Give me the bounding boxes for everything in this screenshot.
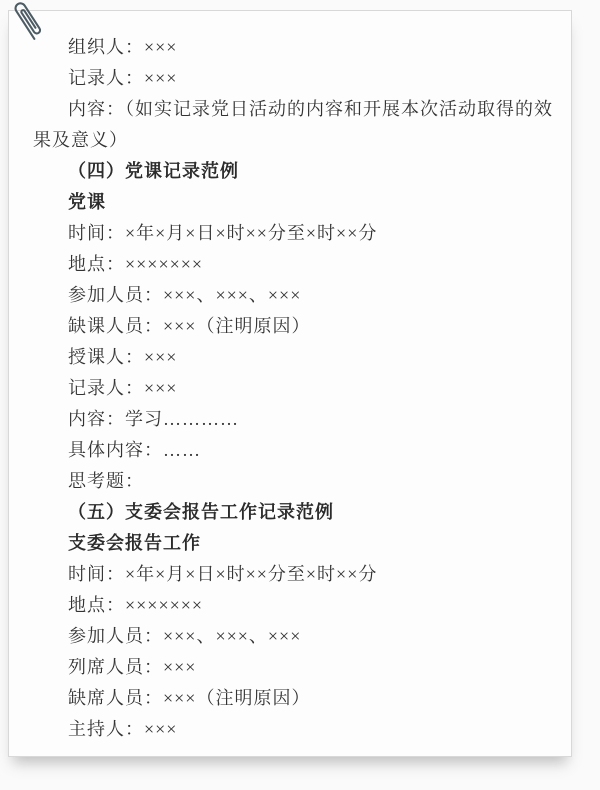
body-paragraph: 时间：×年×月×日×时××分至×时××分 [33, 559, 567, 590]
body-paragraph: 地点：××××××× [33, 249, 567, 280]
body-paragraph: 组织人：××× [33, 32, 567, 63]
body-paragraph: 参加人员：×××、×××、××× [33, 621, 567, 652]
body-paragraph: 列席人员：××× [33, 652, 567, 683]
photo-background: 组织人：×××记录人：×××内容：（如实记录党日活动的内容和开展本次活动取得的效… [0, 0, 600, 790]
body-paragraph: 具体内容：…… [33, 435, 567, 466]
screenshot-root: { "page": { "kind": "photographed-docume… [0, 0, 600, 790]
heading-paragraph: （四）党课记录范例 [33, 156, 567, 187]
document-page: 组织人：×××记录人：×××内容：（如实记录党日活动的内容和开展本次活动取得的效… [8, 10, 572, 757]
body-paragraph: 缺席人员：×××（注明原因） [33, 683, 567, 714]
body-paragraph: 内容：（如实记录党日活动的内容和开展本次活动取得的效果及意义） [33, 94, 567, 156]
heading-paragraph: （五）支委会报告工作记录范例 [33, 497, 567, 528]
body-paragraph: 记录人：××× [33, 373, 567, 404]
body-paragraph: 地点：××××××× [33, 590, 567, 621]
body-paragraph: 记录人：××× [33, 63, 567, 94]
body-paragraph: 主持人：××× [33, 714, 567, 745]
body-paragraph: 内容：学习………… [33, 404, 567, 435]
heading-paragraph: 党课 [33, 187, 567, 218]
body-paragraph: 参加人员：×××、×××、××× [33, 280, 567, 311]
body-paragraph: 缺课人员：×××（注明原因） [33, 311, 567, 342]
body-paragraph: 时间：×年×月×日×时××分至×时××分 [33, 218, 567, 249]
heading-paragraph: 支委会报告工作 [33, 528, 567, 559]
document-content: 组织人：×××记录人：×××内容：（如实记录党日活动的内容和开展本次活动取得的效… [33, 32, 567, 745]
body-paragraph: 思考题： [33, 466, 567, 497]
body-paragraph: 授课人：××× [33, 342, 567, 373]
